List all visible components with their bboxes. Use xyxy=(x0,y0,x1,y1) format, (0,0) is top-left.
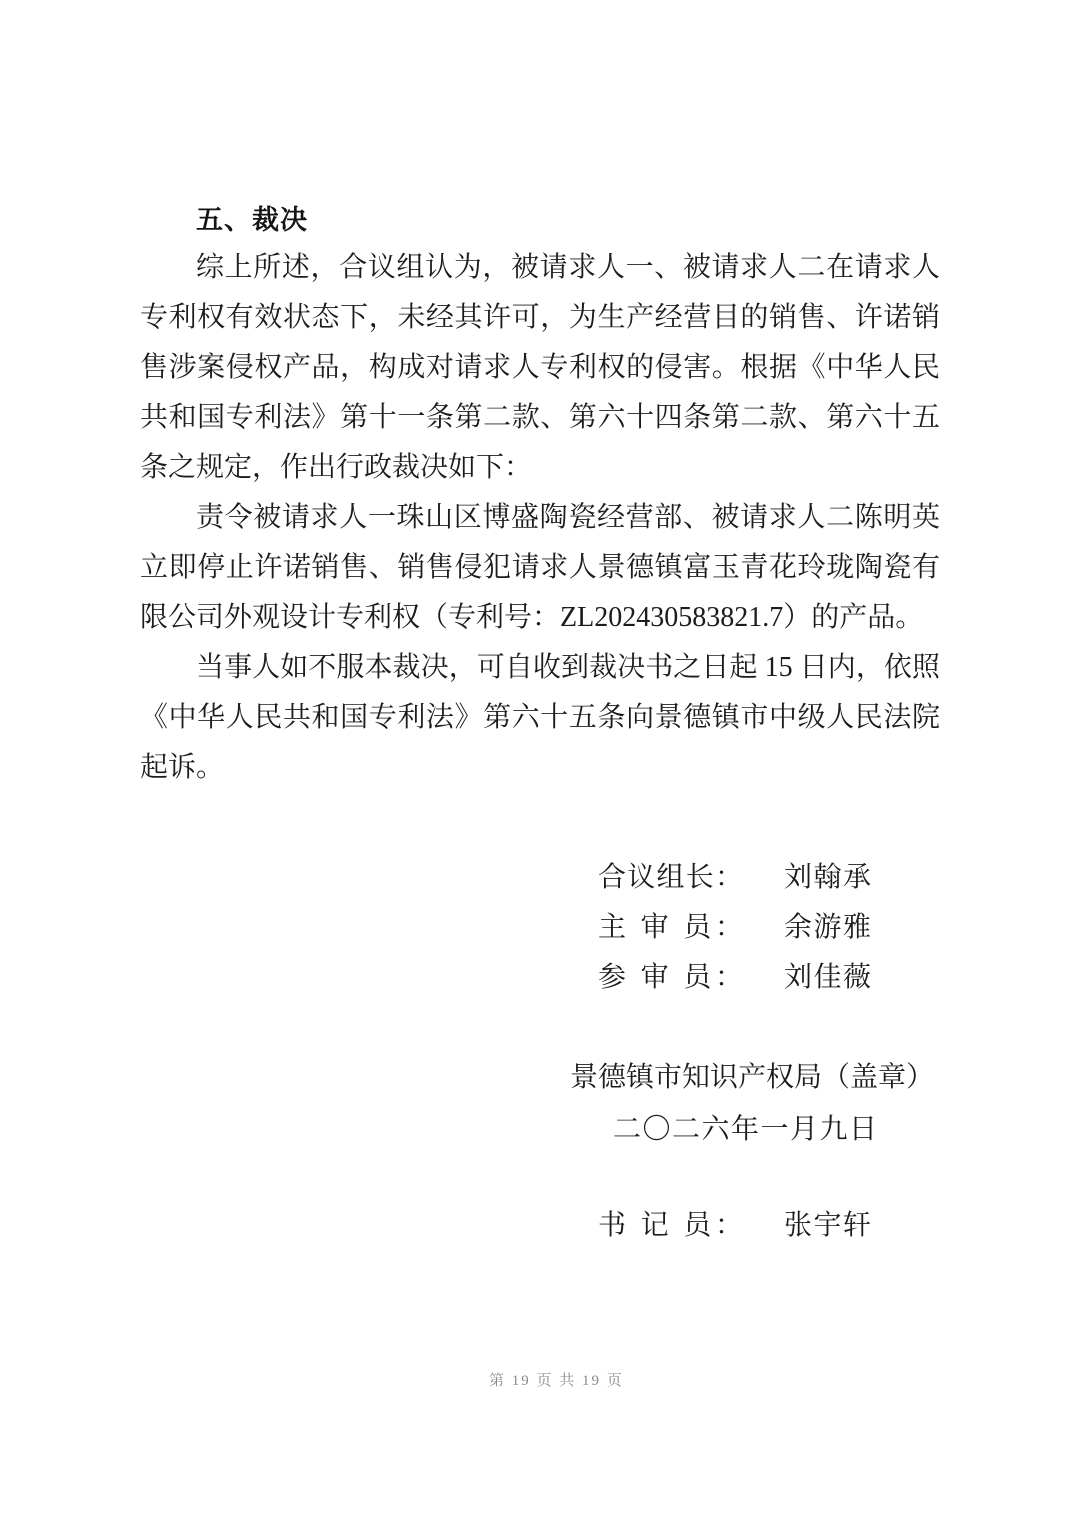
issuing-authority: 景德镇市知识产权局（盖章） xyxy=(570,1053,934,1103)
paragraph-appeal-rights: 当事人如不服本裁决，可自收到裁决书之日起 15 日内，依照《中华人民共和国专利法… xyxy=(140,643,940,793)
paragraph-order: 责令被请求人一珠山区博盛陶瓷经营部、被请求人二陈明英立即停止许诺销售、销售侵犯请… xyxy=(140,493,940,643)
ruling-body: 综上所述，合议组认为，被请求人一、被请求人二在请求人专利权有效状态下，未经其许可… xyxy=(140,243,940,793)
participating-examiner-name: 刘佳薇 xyxy=(784,953,873,1003)
clerk-signature-row: 书 记 员： 张宇轩 xyxy=(598,1201,873,1251)
section-heading: 五、裁决 xyxy=(196,203,308,237)
panel-signature-block: 合议组长： 刘翰承 主 审 员： 余游雅 参 审 员： 刘佳薇 xyxy=(598,853,873,1003)
chief-examiner-name: 余游雅 xyxy=(784,903,873,953)
ruling-date: 二〇二六年一月九日 xyxy=(613,1105,879,1155)
paragraph-conclusion: 综上所述，合议组认为，被请求人一、被请求人二在请求人专利权有效状态下，未经其许可… xyxy=(140,243,940,493)
panel-chief-role-label: 合议组长： xyxy=(598,853,743,903)
panel-signature-row: 合议组长： 刘翰承 xyxy=(598,853,873,903)
panel-signature-row: 参 审 员： 刘佳薇 xyxy=(598,953,873,1003)
clerk-name: 张宇轩 xyxy=(784,1201,873,1251)
clerk-role-label: 书 记 员： xyxy=(598,1201,743,1251)
panel-chief-name: 刘翰承 xyxy=(784,853,873,903)
chief-examiner-role-label: 主 审 员： xyxy=(598,903,743,953)
participating-examiner-role-label: 参 审 员： xyxy=(598,953,743,1003)
page-number-footer: 第 19 页 共 19 页 xyxy=(489,1371,624,1391)
ruling-document-page: 五、裁决 综上所述，合议组认为，被请求人一、被请求人二在请求人专利权有效状态下，… xyxy=(0,0,1074,1520)
panel-signature-row: 主 审 员： 余游雅 xyxy=(598,903,873,953)
